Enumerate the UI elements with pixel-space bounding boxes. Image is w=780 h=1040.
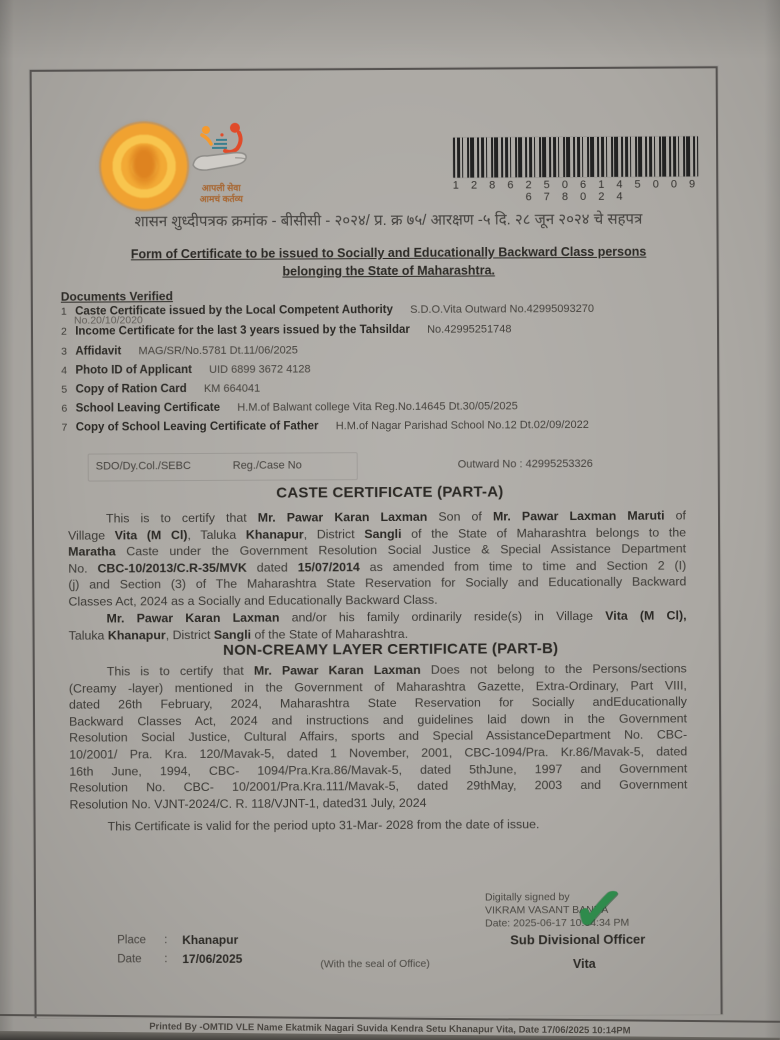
scanned-certificate-photo: आपली सेवा आमचं कर्तव्य 1 2 8 6 2 5 0 6 1… (0, 0, 780, 1040)
